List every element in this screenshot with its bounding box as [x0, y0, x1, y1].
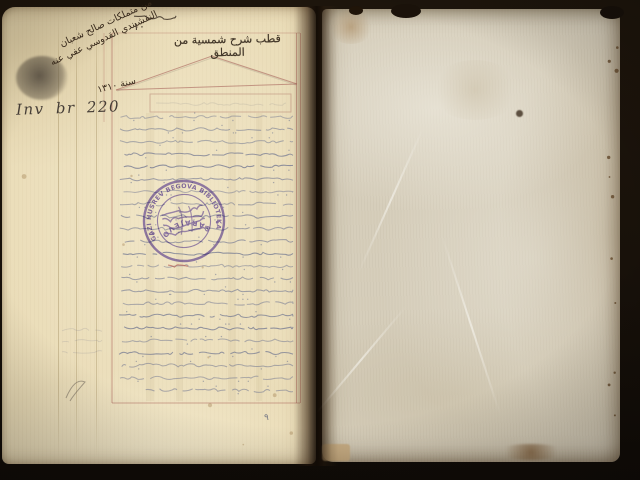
wormhole: [614, 414, 616, 416]
diacritic-dot: [273, 182, 274, 183]
diacritic-dot: [277, 194, 278, 195]
diacritic-dot: [244, 269, 245, 270]
diacritic-dot: [280, 256, 281, 257]
diacritic-dot: [232, 120, 233, 121]
diacritic-dot: [166, 170, 167, 171]
foxing-spot: [273, 393, 277, 397]
diacritic-dot: [227, 187, 228, 188]
diacritic-dot: [245, 224, 246, 225]
diacritic-dot: [203, 381, 204, 382]
diacritic-dot: [194, 112, 195, 113]
diacritic-dot: [131, 182, 132, 183]
wormhole: [610, 257, 613, 260]
diacritic-dot: [255, 311, 256, 312]
diacritic-dot: [233, 132, 234, 133]
diacritic-dot: [159, 145, 160, 146]
diacritic-dot: [225, 323, 226, 324]
diacritic-dot: [251, 137, 252, 138]
foxing-spot: [122, 243, 125, 246]
stamp-calligraphy: [161, 205, 203, 217]
diacritic-dot: [133, 120, 134, 121]
diacritic-dot: [180, 323, 181, 324]
wormhole: [608, 60, 611, 63]
wormhole: [616, 46, 619, 49]
triangle-diagram: [116, 56, 297, 112]
diacritic-dot: [136, 361, 137, 362]
diacritic-dot: [242, 256, 243, 257]
table-inscription: [156, 103, 286, 106]
diacritic-dot: [193, 120, 194, 121]
wormhole: [611, 195, 614, 198]
wormhole: [614, 302, 616, 304]
foxing-spot: [243, 444, 245, 446]
diacritic-dot: [126, 311, 127, 312]
diacritic-dot: [288, 150, 289, 151]
body-text-line: [120, 128, 293, 131]
diacritic-dot: [142, 356, 143, 357]
manuscript-title: قطب شرح شمسية من المنطق: [157, 32, 298, 60]
diacritic-dot: [137, 381, 138, 382]
body-text-line: [119, 351, 293, 354]
diacritic-dot: [269, 137, 270, 138]
diacritic-dot: [288, 170, 289, 171]
diacritic-dot: [287, 361, 288, 362]
foxing-spot: [290, 431, 293, 434]
wormhole: [614, 372, 616, 374]
bleed-column: [228, 113, 236, 401]
diacritic-dot: [242, 212, 243, 213]
diacritic-dot: [205, 336, 206, 337]
diacritic-dot: [282, 269, 283, 270]
diacritic-dot: [238, 393, 239, 394]
body-text-line: [120, 376, 293, 379]
diacritic-dot: [248, 381, 249, 382]
diacritic-dot: [199, 319, 200, 320]
diacritic-dot: [261, 368, 262, 369]
diacritic-dot: [237, 299, 238, 300]
ink-overlay: [0, 0, 640, 480]
diacritic-dot: [273, 170, 274, 171]
diacritic-dot: [289, 319, 290, 320]
diacritic-dot: [221, 336, 222, 337]
diacritic-dot: [216, 150, 217, 151]
manuscript-photo: ١٠ قطب شرح شمسية من المنطق من متملكات صا…: [0, 0, 640, 480]
diacritic-dot: [215, 274, 216, 275]
diacritic-dot: [145, 157, 146, 158]
diacritic-dot: [209, 356, 210, 357]
diacritic-dot: [221, 125, 222, 126]
margin-gloss-line: [62, 351, 102, 354]
diacritic-dot: [267, 386, 268, 387]
diacritic-dot: [238, 381, 239, 382]
diacritic-dot: [275, 356, 276, 357]
diacritic-dot: [286, 194, 287, 195]
catchword: ٩: [264, 413, 269, 423]
diacritic-dot: [251, 348, 252, 349]
foxing-spot: [22, 174, 27, 179]
triangle-pencil-ghost: [117, 58, 296, 92]
diacritic-dot: [169, 294, 170, 295]
body-text-line: [120, 140, 293, 143]
diacritic-dot: [168, 132, 169, 133]
bleed-column: [256, 113, 262, 401]
diacritic-dot: [228, 323, 229, 324]
diacritic-dot: [172, 137, 173, 138]
diacritic-dot: [129, 274, 130, 275]
foxing-spot: [208, 403, 212, 407]
diacritic-dot: [232, 356, 233, 357]
diacritic-dot: [225, 286, 226, 287]
diacritic-dot: [151, 336, 152, 337]
library-stamp: GAZI HUSREV BEGOVA BIBLIOTEKA SARAJEVO: [134, 171, 234, 271]
diacritic-dot: [136, 281, 137, 282]
triangle-base: [116, 84, 297, 90]
wormhole: [609, 176, 611, 178]
wormhole: [615, 69, 619, 73]
wormhole: [607, 156, 610, 159]
diacritic-dot: [289, 120, 290, 121]
diacritic-dot: [242, 299, 243, 300]
margin-gloss-line: [62, 328, 102, 331]
foxing-spot: [130, 175, 132, 177]
diacritic-dot: [191, 323, 192, 324]
foxing-spot: [207, 356, 209, 358]
diacritic-dot: [247, 299, 248, 300]
diacritic-dot: [240, 323, 241, 324]
diacritic-dot: [204, 294, 205, 295]
margin-gloss-line: [62, 340, 102, 342]
diacritic-dot: [155, 299, 156, 300]
inventory-number: Inv br 220: [16, 97, 121, 119]
diacritic-dot: [216, 386, 217, 387]
diacritic-dot: [242, 294, 243, 295]
diacritic-dot: [290, 281, 291, 282]
diacritic-dot: [261, 244, 262, 245]
wormhole: [608, 384, 611, 387]
diacritic-dot: [190, 361, 191, 362]
body-text-line: [146, 389, 293, 393]
diacritic-dot: [138, 368, 139, 369]
foxing-spot: [202, 266, 204, 268]
diacritic-dot: [187, 343, 188, 344]
diacritic-dot: [274, 281, 275, 282]
body-text-line: [119, 314, 293, 317]
diacritic-dot: [137, 256, 138, 257]
diacritic-dot: [182, 132, 183, 133]
diacritic-dot: [138, 174, 139, 175]
diacritic-dot: [219, 319, 220, 320]
pencil-scribble: [66, 381, 85, 401]
diacritic-dot: [272, 132, 273, 133]
diacritic-dot: [235, 132, 236, 133]
